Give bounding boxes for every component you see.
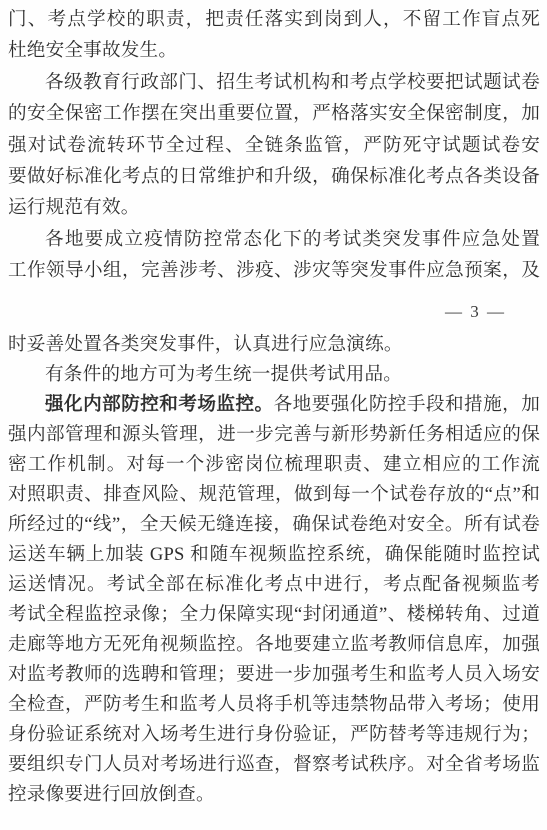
text-line: 杜绝安全事故发生。	[8, 35, 540, 66]
text-line: 强化内部防控和考场监控。各地要强化防控手段和措施，加	[8, 390, 540, 420]
text-line: 要做好标准化考点的日常维护和升级，确保标准化考点各类设备	[8, 161, 540, 192]
bold-lead-phrase: 强化内部防控和考场监控。	[45, 394, 274, 415]
text-line: 的安全保密工作摆在突出重要位置，严格落实安全保密制度，加	[8, 98, 540, 129]
page3-lines: 门、考点学校的职责，把责任落实到岗到人，不留工作盲点死角，杜绝安全事故发生。各级…	[8, 4, 540, 287]
text-line: 强对试卷流转环节全过程、全链条监管，严防死守试题试卷安全。	[8, 130, 540, 161]
document-page: 门、考点学校的职责，把责任落实到岗到人，不留工作盲点死角，杜绝安全事故发生。各级…	[0, 0, 547, 830]
text-line: 工作领导小组，完善涉考、涉疫、涉灾等突发事件应急预案，及	[8, 255, 540, 286]
page-number: — 3 —	[8, 301, 540, 323]
text-line: 全检查，严防考生和监考人员将手机等违禁物品带入考场；使用	[8, 690, 540, 720]
text-line: 运行规范有效。	[8, 192, 540, 223]
text-line: 运送车辆上加装 GPS 和随车视频监控系统，确保能随时监控试卷	[8, 540, 540, 570]
text-line: 要组织专门人员对考场进行巡查，督察考试秩序。对全省考场监	[8, 750, 540, 780]
text-line: 各地要成立疫情防控常态化下的考试类突发事件应急处置	[8, 224, 540, 255]
text-line: 身份验证系统对入场考生进行身份验证，严防替考等违规行为；	[8, 720, 540, 750]
text-line: 运送情况。考试全部在标准化考点中进行，考点配备视频监考员，	[8, 570, 540, 600]
text-line: 各级教育行政部门、招生考试机构和考点学校要把试题试卷	[8, 67, 540, 98]
text-line: 对监考教师的选聘和管理；要进一步加强考生和监考人员入场安	[8, 660, 540, 690]
text-line: 控录像要进行回放倒查。	[8, 780, 540, 810]
text-line: 门、考点学校的职责，把责任落实到岗到人，不留工作盲点死角，	[8, 4, 540, 35]
text-line: 有条件的地方可为考生统一提供考试用品。	[8, 360, 540, 390]
text-line: 走廊等地方无死角视频监控。各地要建立监考教师信息库，加强	[8, 630, 540, 660]
text-line: 考试全程监控录像；全力保障实现“封闭通道”、楼梯转角、过道	[8, 600, 540, 630]
text-line: 时妥善处置各类突发事件，认真进行应急演练。	[8, 330, 540, 360]
page4-lines: 时妥善处置各类突发事件，认真进行应急演练。有条件的地方可为考生统一提供考试用品。…	[8, 330, 540, 810]
text-line: 对照职责、排查风险、规范管理，做到每一个试卷存放的“点”和	[8, 480, 540, 510]
text-line: 所经过的“线”，全天候无缝连接，确保试卷绝对安全。所有试卷	[8, 510, 540, 540]
text-line: 密工作机制。对每一个涉密岗位梳理职责、建立相应的工作流程，	[8, 450, 540, 480]
text-line: 强内部管理和源头管理，进一步完善与新形势新任务相适应的保	[8, 420, 540, 450]
